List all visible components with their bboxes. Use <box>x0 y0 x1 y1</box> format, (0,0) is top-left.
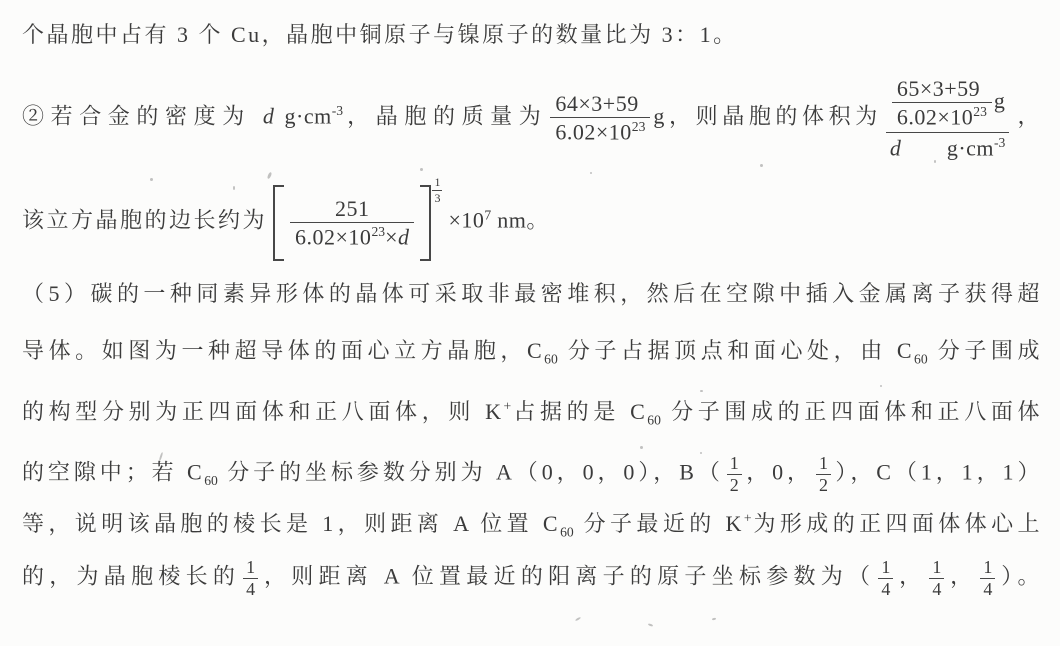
subscript-60: 60 <box>914 352 928 367</box>
text-segment: 分子围成 <box>928 338 1042 363</box>
paragraph-superconductor: 导体。如图为一种超导体的面心立方晶胞，C60 分子占据顶点和面心处，由 C60 … <box>22 336 1042 369</box>
volume-nested-fraction: 65×3+596.02×1023gd g·cm-3 <box>886 76 1010 161</box>
subscript-60: 60 <box>544 352 558 367</box>
fraction-one-half: 12 <box>727 454 742 495</box>
mass-fraction: 64×3+596.02×1023 <box>550 91 650 145</box>
text-segment: ， <box>1013 103 1042 128</box>
paragraph-q5-intro: （5）碳的一种同素异形体的晶体可采取非最密堆积，然后在空隙中插入金属离子获得超 <box>22 279 1042 309</box>
text-segment: ×10 <box>448 208 484 233</box>
subscript-60: 60 <box>204 473 218 488</box>
nested-denominator: d g·cm-3 <box>886 132 1010 161</box>
paragraph-nearest-k: 等，说明该晶胞的棱长是 1，则距离 A 位置 C60 分子最近的 K+为形成的正… <box>22 509 1042 542</box>
fraction-one-quarter: 14 <box>980 558 995 599</box>
fraction-denominator: 6.02×1023 <box>550 117 650 145</box>
scan-noise-speck <box>640 446 643 449</box>
right-bracket <box>420 185 431 261</box>
paragraph-density-mass-volume: ②若合金的密度为 d g·cm-3，晶胞的质量为64×3+596.02×1023… <box>22 76 1042 161</box>
paragraph-edge-length: 该立方晶胞的边长约为2516.02×1023×d13×107 nm。 <box>22 176 1042 261</box>
paragraph-answer-coordinates: 的，为晶胞棱长的14，则距离 A 位置最近的阳离子的原子坐标参数为（14，14，… <box>22 558 1042 599</box>
scan-noise-speck <box>575 617 581 622</box>
paragraph-text: （5）碳的一种同素异形体的晶体可采取非最密堆积，然后在空隙中插入金属离子获得超 <box>22 281 1042 306</box>
scan-noise-speck <box>590 172 592 174</box>
text-segment: 占据的是 C <box>511 399 647 424</box>
text-segment: ，则距离 A 位置最近的阳离子的原子坐标参数为（ <box>261 563 875 588</box>
fraction-one-half: 12 <box>816 454 831 495</box>
text-segment: ， <box>947 563 977 588</box>
text-segment: ②若合金的密度为 <box>22 103 263 128</box>
subscript-60: 60 <box>647 413 661 428</box>
paragraph-polyhedra: 的构型分别为正四面体和正八面体，则 K+占据的是 C60 分子围成的正四面体和正… <box>22 397 1042 430</box>
exponent-minus3: -3 <box>332 103 343 118</box>
unit-gcm: g·cm <box>274 103 331 128</box>
text-segment: ），C（1，1，1） <box>834 460 1042 485</box>
scan-noise-speck <box>150 178 153 181</box>
variable-d: d <box>263 103 275 128</box>
edge-fraction: 2516.02×1023×d <box>290 196 414 250</box>
variable-d: d <box>398 224 410 249</box>
left-bracket <box>273 185 284 261</box>
fraction-numerator: 64×3+59 <box>550 91 650 117</box>
scan-noise-speck <box>420 168 423 171</box>
text-segment: 的，为晶胞棱长的 <box>22 563 240 588</box>
superscript-plus: + <box>744 511 752 526</box>
text-segment: 分子的坐标参数分别为 A（0，0，0），B（ <box>218 460 724 485</box>
text-segment: ，晶胞的质量为 <box>343 103 547 128</box>
fraction-one-quarter: 14 <box>243 558 258 599</box>
scan-noise-speck <box>700 390 703 392</box>
fraction-one-quarter: 14 <box>929 558 944 599</box>
text-segment: 该立方晶胞的边长约为 <box>22 208 267 233</box>
fraction-denominator: 6.02×1023×d <box>290 222 414 250</box>
text-segment: g，则晶胞的体积为 <box>653 103 881 128</box>
scan-noise-speck <box>233 186 235 190</box>
paragraph-text: 个晶胞中占有 3 个 Cu，晶胞中铜原子与镍原子的数量比为 3：1。 <box>22 22 738 47</box>
scan-noise-speck <box>712 618 716 621</box>
exponent-one-third: 13 <box>432 176 442 204</box>
scan-noise-speck <box>880 385 882 387</box>
scanned-document-page: 个晶胞中占有 3 个 Cu，晶胞中铜原子与镍原子的数量比为 3：1。 ②若合金的… <box>0 0 1060 646</box>
unit-nm: nm。 <box>491 208 549 233</box>
paragraph-coordinates: 的空隙中；若 C60 分子的坐标参数分别为 A（0，0，0），B（12，0，12… <box>22 454 1042 495</box>
text-segment: 为形成的正四面体体心上 <box>752 511 1042 536</box>
scan-noise-speck <box>934 160 936 163</box>
exponent-23: 23 <box>632 119 646 134</box>
fraction-numerator: 251 <box>290 196 414 222</box>
text-segment: ，0， <box>745 460 813 485</box>
text-segment: 分子围成的正四面体和正八面体 <box>661 399 1042 424</box>
text-segment: 分子占据顶点和面心处，由 C <box>558 338 914 363</box>
exponent-23: 23 <box>973 104 987 119</box>
text-segment: 等，说明该晶胞的棱长是 1，则距离 A 位置 C <box>22 511 560 536</box>
text-segment: 分子最近的 K <box>574 511 744 536</box>
scan-noise-speck <box>760 164 763 167</box>
subscript-60: 60 <box>560 524 574 539</box>
text-segment: 的构型分别为正四面体和正八面体，则 K <box>22 399 504 424</box>
paragraph-cu-ni-ratio: 个晶胞中占有 3 个 Cu，晶胞中铜原子与镍原子的数量比为 3：1。 <box>22 20 1042 50</box>
inner-fraction: 65×3+596.02×1023 <box>892 76 992 130</box>
nested-numerator: 65×3+596.02×1023g <box>886 76 1010 132</box>
text-segment: 导体。如图为一种超导体的面心立方晶胞，C <box>22 338 544 363</box>
variable-d: d <box>890 135 902 160</box>
unit-g: g <box>994 88 1006 113</box>
text-segment: ， <box>896 563 926 588</box>
scan-noise-speck <box>648 623 653 627</box>
text-segment: ）。 <box>998 563 1042 588</box>
scan-noise-speck <box>700 452 702 454</box>
text-segment: 的空隙中；若 C <box>22 460 204 485</box>
exponent-23: 23 <box>371 224 385 239</box>
exponent-minus3: -3 <box>994 135 1005 150</box>
fraction-one-quarter: 14 <box>878 558 893 599</box>
